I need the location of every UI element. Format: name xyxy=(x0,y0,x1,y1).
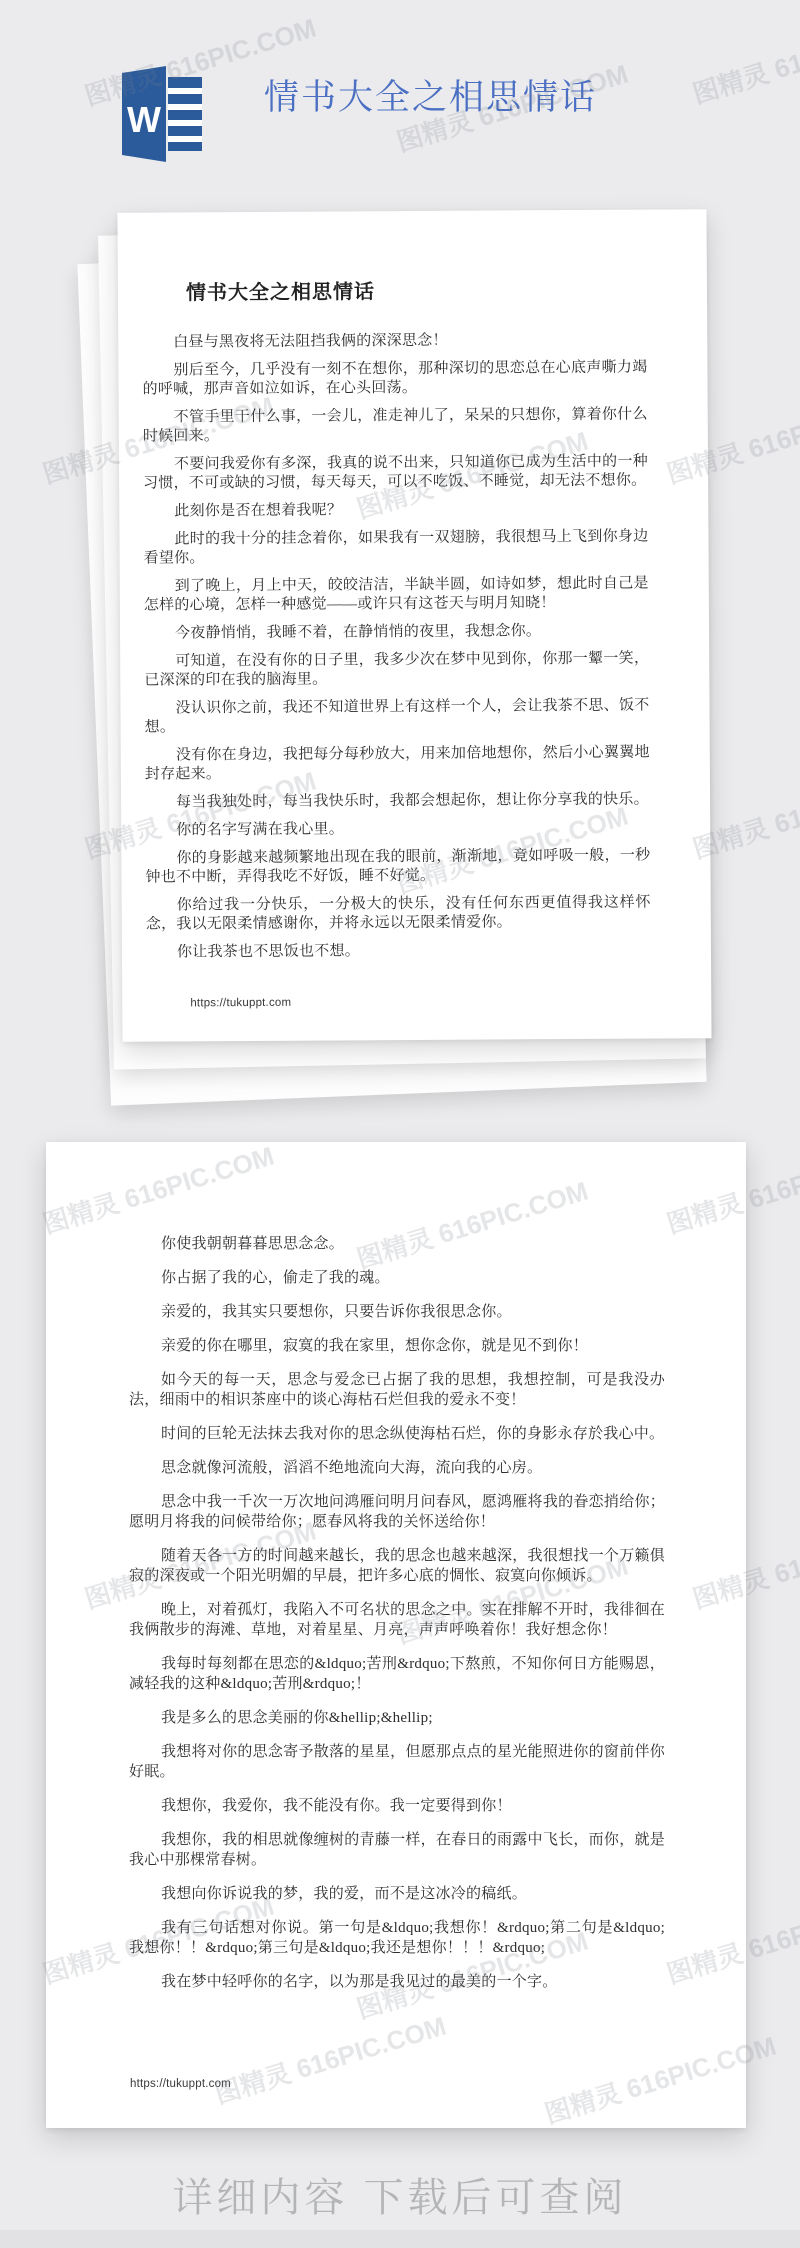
paragraph: 我在梦中轻呼你的名字，以为那是我见过的最美的一个字。 xyxy=(129,1972,665,1992)
paragraph: 随着天各一方的时间越来越长，我的思念也越来越深，我很想找一个万籁俱寂的深夜或一个… xyxy=(129,1546,665,1586)
paragraph: 不要问我爱你有多深，我真的说不出来，只知道你已成为生活中的一种习惯，不可或缺的习… xyxy=(143,453,648,494)
document-title: 情书大全之相思情话 xyxy=(186,274,647,306)
bottom-caption: 详细内容 下载后可查阅 xyxy=(0,2166,800,2223)
word-document-icon: W xyxy=(112,64,210,164)
page1-footer-url[interactable]: https://tukuppt.com xyxy=(190,997,291,1010)
page2-footer-url[interactable]: https://tukuppt.com xyxy=(130,2078,231,2090)
paragraph: 此时的我十分的挂念着你，如果我有一双翅膀，我很想马上飞到你身边看望你。 xyxy=(143,528,648,569)
paragraph: 时间的巨轮无法抹去我对你的思念纵使海枯石烂，你的身影永存於我心中。 xyxy=(129,1424,665,1444)
page-title: 情书大全之相思情话 xyxy=(264,70,597,120)
paragraph: 没认识你之前，我还不知道世界上有这样一个人，会让我茶不思、饭不想。 xyxy=(144,697,649,738)
paragraph: 你给过我一分快乐，一分极大的快乐，没有任何东西更值得我这样怀念，我以无限柔情感谢… xyxy=(146,894,651,935)
paragraph: 我想将对你的思念寄予散落的星星，但愿那点点的星光能照进你的窗前伴你好眠。 xyxy=(129,1742,665,1782)
paragraph: 如今天的每一天，思念与爱念已占据了我的思想，我想控制，可是我没办法，细雨中的相识… xyxy=(129,1370,665,1410)
paragraph: 你的名字写满在我心里。 xyxy=(145,819,650,841)
document-page-1: 情书大全之相思情话 白昼与黑夜将无法阻挡我俩的深深思念！ 别后至今，几乎没有一刻… xyxy=(117,209,711,1042)
paragraph: 今夜静悄悄，我睡不着，在静悄悄的夜里，我想念你。 xyxy=(144,622,649,644)
svg-text:W: W xyxy=(127,99,161,140)
page-canvas: W 情书大全之相思情话 情书大全之相思情话 白昼与黑夜将无法阻挡我俩的深深思念！… xyxy=(0,0,800,2248)
paragraph: 思念中我一千次一万次地问鸿雁问明月问春风，愿鸿雁将我的眷恋捎给你；愿明月将我的问… xyxy=(129,1492,665,1532)
paragraph: 晚上，对着孤灯，我陷入不可名状的思念之中。实在排解不开时，我徘徊在我俩散步的海滩… xyxy=(129,1600,665,1640)
bottom-strip xyxy=(0,2230,800,2248)
paragraph: 你使我朝朝暮暮思思念念。 xyxy=(129,1234,665,1254)
paragraph: 此刻你是否在想着我呢？ xyxy=(143,500,648,522)
paragraph: 你占据了我的心，偷走了我的魂。 xyxy=(129,1268,665,1288)
paragraph: 没有你在身边，我把每分每秒放大，用来加倍地想你，然后小心翼翼地封存起来。 xyxy=(145,744,650,785)
document-page-2: 你使我朝朝暮暮思思念念。 你占据了我的心，偷走了我的魂。 亲爱的，我其实只要想你… xyxy=(46,1142,746,2128)
paragraph: 我想你，我爱你，我不能没有你。我一定要得到你！ xyxy=(129,1796,665,1816)
paragraph: 我有三句话想对你说。第一句是&ldquo;我想你！&rdquo;第二句是&ldq… xyxy=(129,1918,665,1958)
paragraph: 思念就像河流般，滔滔不绝地流向大海，流向我的心房。 xyxy=(129,1458,665,1478)
paragraph: 到了晚上，月上中天，皎皎洁洁，半缺半圆，如诗如梦，想此时自己是怎样的心境，怎样一… xyxy=(144,575,649,616)
paragraph: 我是多么的思念美丽的你&hellip;&hellip; xyxy=(129,1708,665,1728)
paragraph: 亲爱的你在哪里，寂寞的我在家里，想你念你，就是见不到你！ xyxy=(129,1336,665,1356)
paragraph: 每当我独处时，每当我快乐时，我都会想起你，想让你分享我的快乐。 xyxy=(145,791,650,813)
paragraph: 不管手里干什么事，一会儿，准走神儿了，呆呆的只想你，算着你什么时候回来。 xyxy=(143,406,648,447)
paragraph: 你让我茶也不思饭也不想。 xyxy=(146,941,651,963)
paragraph: 我想你，我的相思就像缠树的青藤一样，在春日的雨露中飞长，而你，就是我心中那棵常春… xyxy=(129,1830,665,1870)
paragraph: 我想向你诉说我的梦，我的爱，而不是这冰冷的稿纸。 xyxy=(129,1884,665,1904)
header: W 情书大全之相思情话 xyxy=(0,0,800,180)
paragraph: 你的身影越来越频繁地出现在我的眼前，渐渐地，竟如呼吸一般，一秒钟也不中断，弄得我… xyxy=(145,847,650,888)
paragraph: 别后至今，几乎没有一刻不在想你，那种深切的思恋总在心底声嘶力竭的呼喊，那声音如泣… xyxy=(142,359,647,400)
paragraph: 可知道，在没有你的日子里，我多少次在梦中见到你，你那一颦一笑，已深深的印在我的脑… xyxy=(144,650,649,691)
paragraph: 我每时每刻都在思恋的&ldquo;苦刑&rdquo;下熬煎，不知你何日方能赐恩，… xyxy=(129,1654,665,1694)
paragraph: 白昼与黑夜将无法阻挡我俩的深深思念！ xyxy=(142,331,647,353)
paragraph: 亲爱的，我其实只要想你，只要告诉你我很思念你。 xyxy=(129,1302,665,1322)
